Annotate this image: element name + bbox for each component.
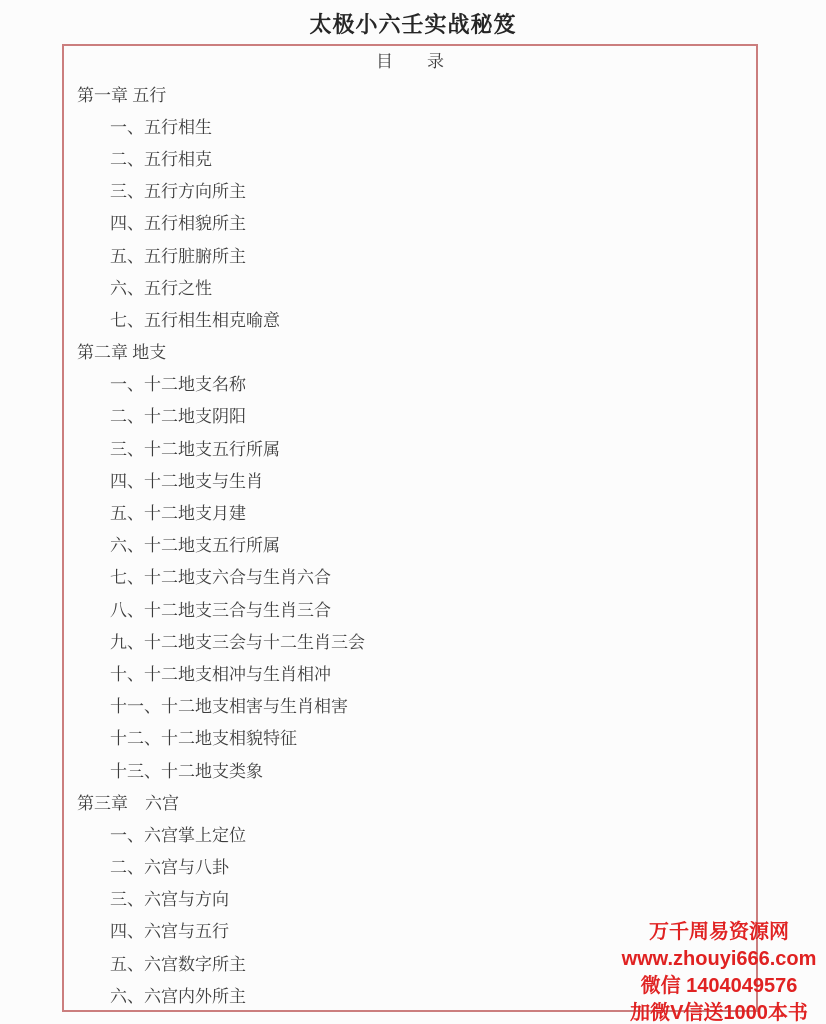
toc-entry: 十三、十二地支类象	[64, 753, 756, 785]
toc-entry: 五、十二地支月建	[64, 495, 756, 527]
toc-entry: 三、五行方向所主	[64, 174, 756, 206]
toc-entry: 七、十二地支六合与生肖六合	[64, 560, 756, 592]
toc-border-box: 目 录 第一章 五行 一、五行相生 二、五行相克 三、五行方向所主 四、五行相貌…	[62, 44, 758, 1012]
toc-heading: 目 录	[64, 51, 756, 73]
toc-entry: 四、五行相貌所主	[64, 206, 756, 238]
toc-entry: 十一、十二地支相害与生肖相害	[64, 689, 756, 721]
toc-entry: 六、十二地支五行所属	[64, 528, 756, 560]
toc-entry: 三、十二地支五行所属	[64, 431, 756, 463]
toc-entry: 九、十二地支三会与十二生肖三会	[64, 624, 756, 656]
watermark-url: www.zhouyi666.com	[612, 946, 826, 973]
toc-chapter-heading: 第一章 五行	[64, 77, 756, 109]
toc-entry: 三、六宫与方向	[64, 882, 756, 914]
toc-entry: 四、十二地支与生肖	[64, 463, 756, 495]
toc-entry: 二、五行相克	[64, 141, 756, 173]
toc-entry: 十二、十二地支相貌特征	[64, 721, 756, 753]
page-title: 太极小六壬实战秘笈	[0, 8, 826, 39]
toc-entry: 七、五行相生相克喻意	[64, 302, 756, 334]
toc-entries: 第一章 五行 一、五行相生 二、五行相克 三、五行方向所主 四、五行相貌所主 五…	[64, 77, 756, 1010]
watermark: 万千周易资源网 www.zhouyi666.com 微信 1404049576 …	[612, 919, 826, 1024]
watermark-site-name: 万千周易资源网	[612, 919, 826, 946]
watermark-wechat-id: 微信 1404049576	[612, 973, 826, 1000]
toc-entry: 六、五行之性	[64, 270, 756, 302]
watermark-promo: 加微V信送1000本书	[612, 1000, 826, 1024]
toc-entry: 二、六宫与八卦	[64, 850, 756, 882]
toc-entry: 一、五行相生	[64, 109, 756, 141]
toc-entry: 十、十二地支相冲与生肖相冲	[64, 656, 756, 688]
toc-chapter-heading: 第二章 地支	[64, 335, 756, 367]
toc-entry: 二、十二地支阴阳	[64, 399, 756, 431]
toc-chapter-heading: 第三章 六宫	[64, 785, 756, 817]
toc-entry: 八、十二地支三合与生肖三合	[64, 592, 756, 624]
toc-entry: 一、六宫掌上定位	[64, 817, 756, 849]
toc-entry: 一、十二地支名称	[64, 367, 756, 399]
toc-entry: 五、五行脏腑所主	[64, 238, 756, 270]
